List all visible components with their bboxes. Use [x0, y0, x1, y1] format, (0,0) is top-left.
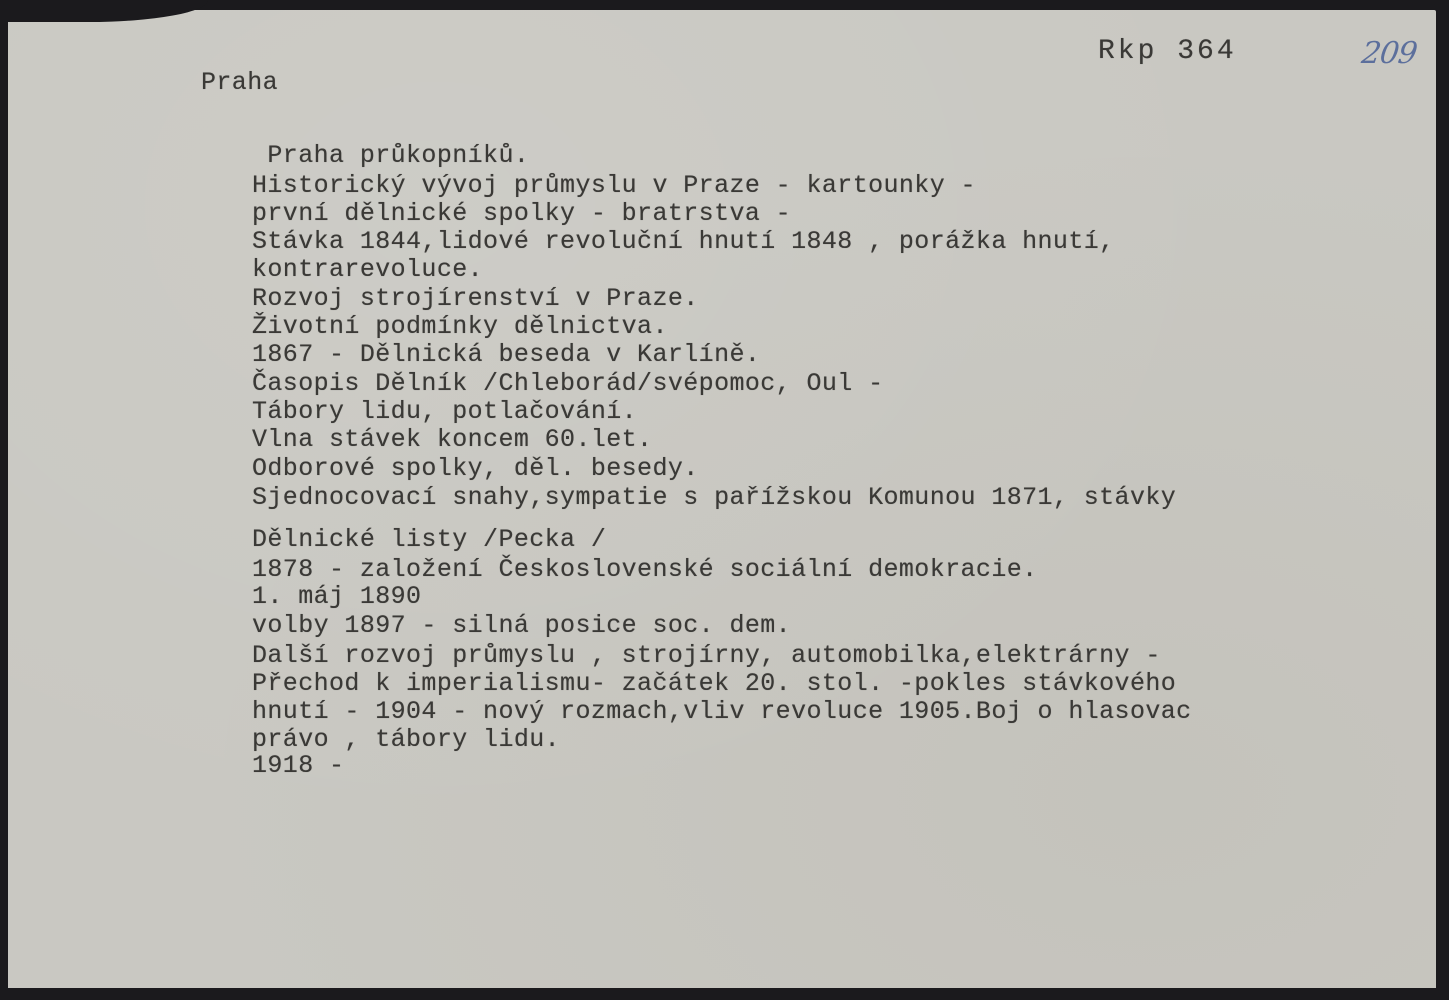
text-line: Vlna stávek koncem 60.let.: [252, 427, 652, 452]
handwritten-page-number: 209: [1360, 36, 1419, 71]
text-line: Tábory lidu, potlačování.: [252, 399, 637, 424]
text-line: právo , tábory lidu.: [252, 727, 560, 752]
scanned-page: Praha Rkp 364 209 Praha průkopníků. Hist…: [0, 0, 1449, 1000]
text-line: 1. máj 1890: [252, 584, 421, 609]
text-line: Praha průkopníků.: [252, 143, 529, 168]
text-line: Časopis Dělník /Chleborád/svépomoc, Oul …: [252, 371, 884, 396]
text-line: hnutí - 1904 - nový rozmach,vliv revoluc…: [252, 699, 1192, 724]
text-line: první dělnické spolky - bratrstva -: [252, 201, 791, 226]
place-heading: Praha: [201, 70, 278, 95]
text-line: Rozvoj strojírenství v Praze.: [252, 286, 699, 311]
text-line: 1867 - Dělnická beseda v Karlíně.: [252, 342, 760, 367]
manuscript-reference: Rkp 364: [1098, 38, 1237, 66]
text-line: Sjednocovací snahy,sympatie s pařížskou …: [252, 485, 1176, 510]
text-line: Přechod k imperialismu- začátek 20. stol…: [252, 671, 1176, 696]
text-line: 1878 - založení Československé sociální …: [252, 557, 1038, 582]
text-line: Odborové spolky, děl. besedy.: [252, 456, 699, 481]
text-line: Stávka 1844,lidové revoluční hnutí 1848 …: [252, 229, 1115, 254]
text-line: Dělnické listy /Pecka /: [252, 527, 606, 552]
text-line: Historický vývoj průmyslu v Praze - kart…: [252, 173, 976, 198]
text-line: Další rozvoj průmyslu , strojírny, autom…: [252, 643, 1161, 668]
text-line: kontrarevoluce.: [252, 257, 483, 282]
text-line: volby 1897 - silná posice soc. dem.: [252, 613, 791, 638]
text-line: Životní podmínky dělnictva.: [252, 314, 668, 339]
text-line: 1918 -: [252, 753, 344, 778]
